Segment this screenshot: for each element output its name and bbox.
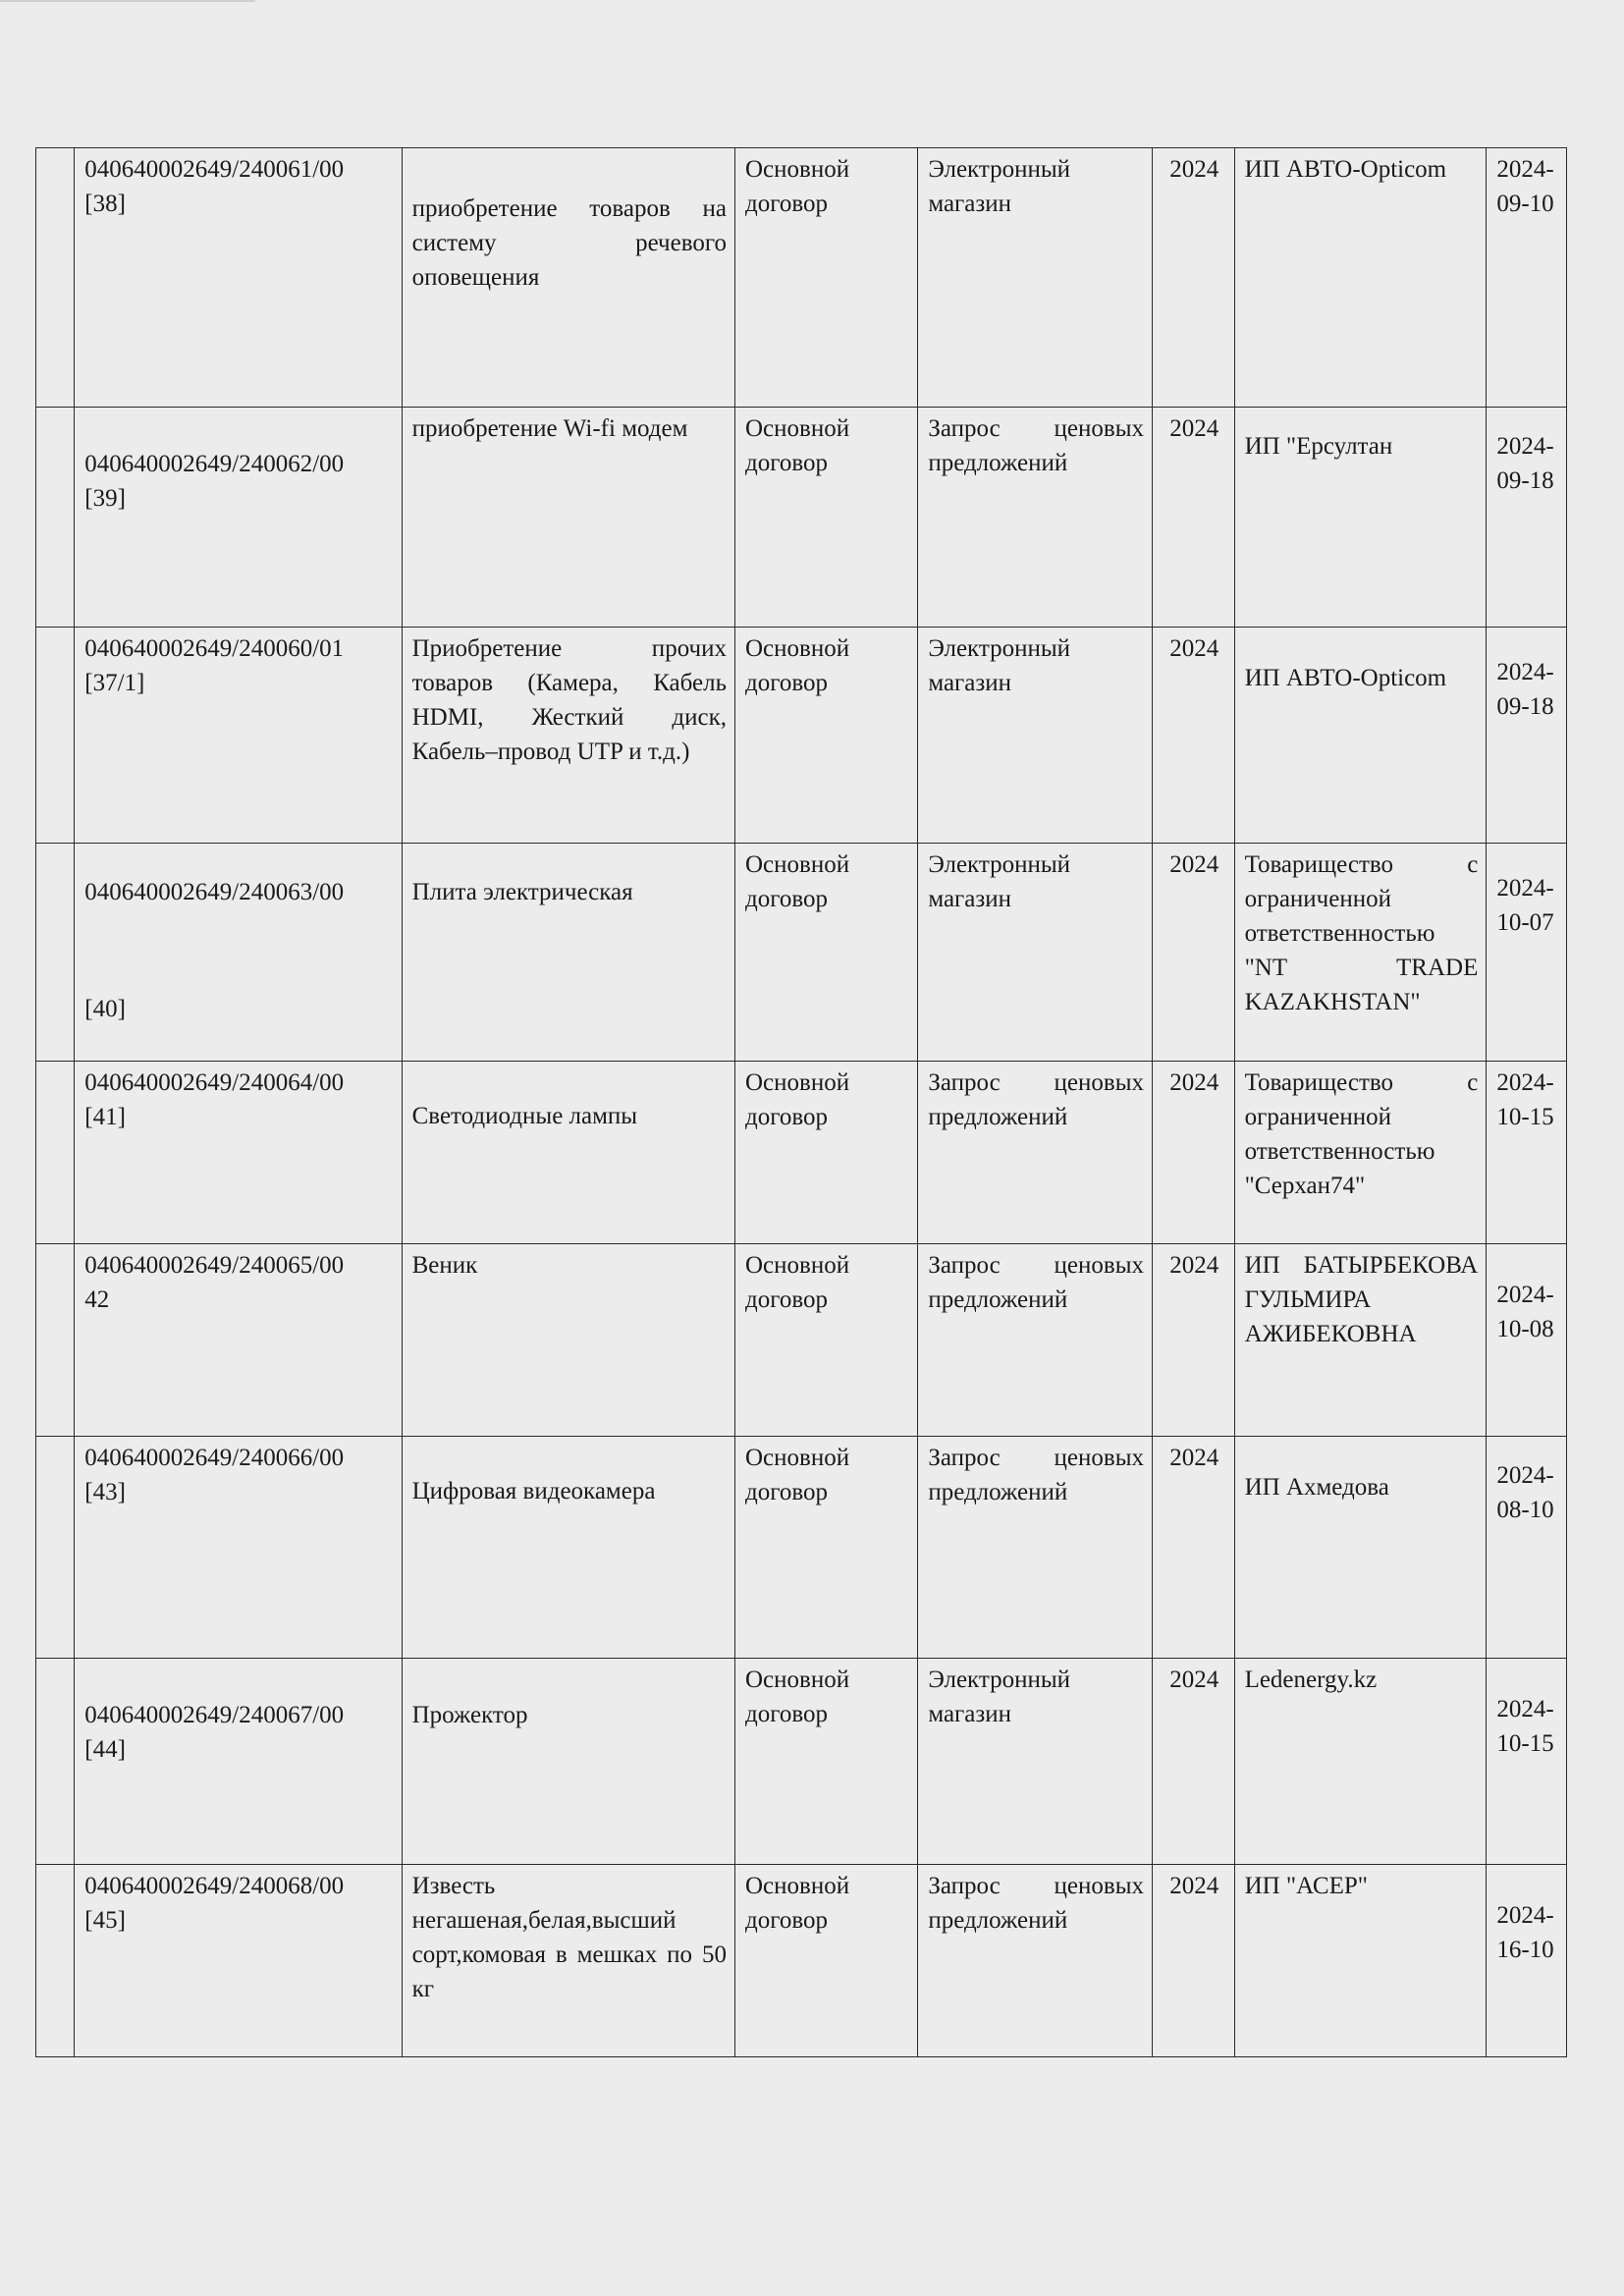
contract-index: [43] [84, 1475, 393, 1509]
year-cell: 2024 [1152, 1244, 1234, 1437]
subject-cell: Светодиодные лампы [402, 1062, 734, 1244]
contract-type-cell: Основной договор [735, 844, 918, 1062]
date-part: 10-08 [1496, 1312, 1558, 1346]
procurement-method-cell: Электронный магазин [918, 628, 1153, 844]
contract-type-cell: Основной договор [735, 1062, 918, 1244]
contract-type-cell: Основной договор [735, 148, 918, 408]
date-part: 2024- [1496, 152, 1558, 187]
subject-cell: Веник [402, 1244, 734, 1437]
date-part: 09-18 [1496, 689, 1558, 724]
date-part: 2024- [1496, 1898, 1558, 1933]
date-part: 09-18 [1496, 464, 1558, 498]
row-number-cell [36, 408, 75, 628]
contract-number: 040640002649/240064/00 [84, 1066, 393, 1100]
page-edge [0, 0, 255, 2]
table-row: 040640002649/240067/00[44]ПрожекторОснов… [36, 1659, 1567, 1865]
contract-number: 040640002649/240062/00 [84, 447, 393, 481]
procurement-method-cell: Запрос ценовых предложений [918, 1244, 1153, 1437]
contract-number: 040640002649/240066/00 [84, 1441, 393, 1475]
date-part: 16-10 [1496, 1933, 1558, 1967]
date-part: 2024- [1496, 1066, 1558, 1100]
contract-id-cell: 040640002649/240066/00[43] [75, 1437, 402, 1659]
contract-number: 040640002649/240063/00 [84, 875, 393, 909]
date-part: 09-10 [1496, 187, 1558, 221]
procurement-method-cell: Электронный магазин [918, 1659, 1153, 1865]
year-cell: 2024 [1152, 1865, 1234, 2057]
table-row: 040640002649/240068/00[45]Известь негаше… [36, 1865, 1567, 2057]
procurement-method-cell: Запрос ценовых предложений [918, 1062, 1153, 1244]
contract-id-cell: 040640002649/240067/00[44] [75, 1659, 402, 1865]
date-part: 2024- [1496, 1278, 1558, 1312]
date-part: 2024- [1496, 1458, 1558, 1493]
table-row: 040640002649/240061/00[38]приобретение т… [36, 148, 1567, 408]
date-cell: 2024-09-10 [1487, 148, 1567, 408]
subject-cell: Приобретение прочих товаров (Камера, Каб… [402, 628, 734, 844]
contract-index: 42 [84, 1283, 393, 1317]
row-number-cell [36, 1244, 75, 1437]
date-cell: 2024-10-15 [1487, 1062, 1567, 1244]
date-cell: 2024-10-07 [1487, 844, 1567, 1062]
year-cell: 2024 [1152, 844, 1234, 1062]
contract-type-cell: Основной договор [735, 408, 918, 628]
date-part: 10-07 [1496, 905, 1558, 940]
contract-id-cell: 040640002649/240065/0042 [75, 1244, 402, 1437]
contract-type-cell: Основной договор [735, 1244, 918, 1437]
date-part: 08-10 [1496, 1493, 1558, 1527]
year-cell: 2024 [1152, 408, 1234, 628]
subject-cell: Цифровая видеокамера [402, 1437, 734, 1659]
supplier-cell: ИП БАТЫРБЕКОВА ГУЛЬМИРА АЖИБЕКОВНА [1234, 1244, 1487, 1437]
table-row: 040640002649/240062/00[39]приобретение W… [36, 408, 1567, 628]
date-part: 2024- [1496, 429, 1558, 464]
contract-number: 040640002649/240067/00 [84, 1698, 393, 1732]
date-cell: 2024-16-10 [1487, 1865, 1567, 2057]
table-row: 040640002649/240064/00[41]Светодиодные л… [36, 1062, 1567, 1244]
contract-index: [39] [84, 481, 393, 516]
supplier-cell: ИП "АСЕР" [1234, 1865, 1487, 2057]
supplier-cell: ИП АВТО-Opticom [1234, 148, 1487, 408]
supplier-cell: Товарищество с ограниченной ответственно… [1234, 844, 1487, 1062]
procurement-method-cell: Электронный магазин [918, 148, 1153, 408]
contract-index: [41] [84, 1100, 393, 1134]
contract-id-cell: 040640002649/240064/00[41] [75, 1062, 402, 1244]
contract-id-cell: 040640002649/240062/00[39] [75, 408, 402, 628]
subject-cell: Известь негашеная,белая,высший сорт,комо… [402, 1865, 734, 2057]
year-cell: 2024 [1152, 1437, 1234, 1659]
contract-type-cell: Основной договор [735, 628, 918, 844]
date-cell: 2024-09-18 [1487, 408, 1567, 628]
row-number-cell [36, 1865, 75, 2057]
row-number-cell [36, 628, 75, 844]
row-number-cell [36, 1659, 75, 1865]
procurement-method-cell: Электронный магазин [918, 844, 1153, 1062]
procurement-method-cell: Запрос ценовых предложений [918, 408, 1153, 628]
year-cell: 2024 [1152, 628, 1234, 844]
contracts-table: 040640002649/240061/00[38]приобретение т… [35, 147, 1567, 2057]
table-row: 040640002649/240063/00[40]Плита электрич… [36, 844, 1567, 1062]
contract-number: 040640002649/240068/00 [84, 1869, 393, 1903]
contract-index: [37/1] [84, 666, 393, 700]
supplier-cell: ИП Ахмедова [1234, 1437, 1487, 1659]
subject-cell: приобретение Wi-fi модем [402, 408, 734, 628]
year-cell: 2024 [1152, 148, 1234, 408]
table-row: 040640002649/240065/0042ВеникОсновной до… [36, 1244, 1567, 1437]
subject-cell: Прожектор [402, 1659, 734, 1865]
year-cell: 2024 [1152, 1659, 1234, 1865]
contract-type-cell: Основной договор [735, 1865, 918, 2057]
date-part: 2024- [1496, 1692, 1558, 1726]
row-number-cell [36, 1062, 75, 1244]
contract-id-cell: 040640002649/240060/01[37/1] [75, 628, 402, 844]
row-number-cell [36, 844, 75, 1062]
date-cell: 2024-10-08 [1487, 1244, 1567, 1437]
contract-id-cell: 040640002649/240063/00[40] [75, 844, 402, 1062]
contract-type-cell: Основной договор [735, 1437, 918, 1659]
contract-index: [44] [84, 1732, 393, 1767]
supplier-cell: ИП "Ерсултан [1234, 408, 1487, 628]
subject-cell: приобретение товаров на систему речевого… [402, 148, 734, 408]
contracts-table-body: 040640002649/240061/00[38]приобретение т… [36, 148, 1567, 2057]
contract-index: [40] [84, 992, 393, 1026]
procurement-method-cell: Запрос ценовых предложений [918, 1437, 1153, 1659]
supplier-cell: ИП АВТО-Opticom [1234, 628, 1487, 844]
contract-id-cell: 040640002649/240068/00[45] [75, 1865, 402, 2057]
date-part: 10-15 [1496, 1100, 1558, 1134]
supplier-cell: Ledenergy.kz [1234, 1659, 1487, 1865]
date-part: 2024- [1496, 655, 1558, 689]
date-cell: 2024-09-18 [1487, 628, 1567, 844]
contract-id-cell: 040640002649/240061/00[38] [75, 148, 402, 408]
supplier-cell: Товарищество с ограниченной ответственно… [1234, 1062, 1487, 1244]
date-cell: 2024-08-10 [1487, 1437, 1567, 1659]
date-part: 2024- [1496, 871, 1558, 905]
contract-type-cell: Основной договор [735, 1659, 918, 1865]
date-part: 10-15 [1496, 1726, 1558, 1761]
row-number-cell [36, 148, 75, 408]
contract-number: 040640002649/240065/00 [84, 1248, 393, 1283]
contract-index: [38] [84, 187, 393, 221]
row-number-cell [36, 1437, 75, 1659]
contract-index: [45] [84, 1903, 393, 1938]
subject-cell: Плита электрическая [402, 844, 734, 1062]
contract-number: 040640002649/240061/00 [84, 152, 393, 187]
date-cell: 2024-10-15 [1487, 1659, 1567, 1865]
year-cell: 2024 [1152, 1062, 1234, 1244]
table-row: 040640002649/240060/01[37/1]Приобретение… [36, 628, 1567, 844]
contract-number: 040640002649/240060/01 [84, 631, 393, 666]
table-row: 040640002649/240066/00[43]Цифровая видео… [36, 1437, 1567, 1659]
procurement-method-cell: Запрос ценовых предложений [918, 1865, 1153, 2057]
